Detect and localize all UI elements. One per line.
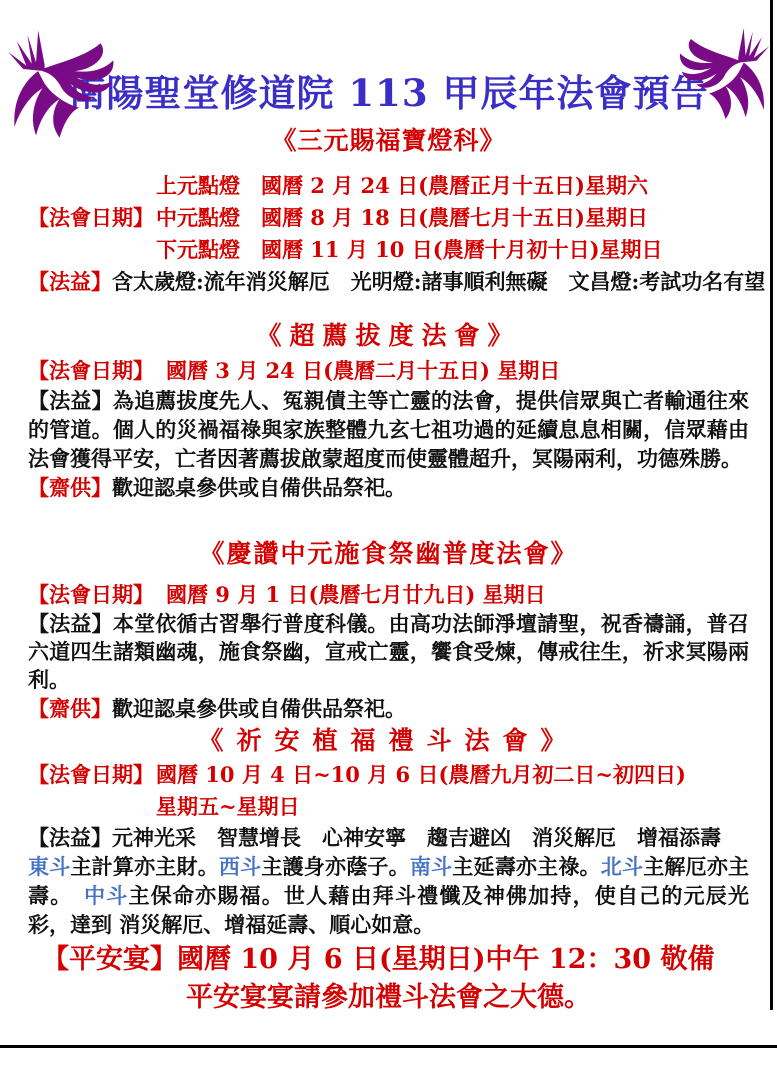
dou-center: 中斗 xyxy=(84,883,128,908)
lidou-benefit-label: 【法益】 xyxy=(28,825,112,850)
lantern-benefit-text: 含太歲燈:流年消災解厄 光明燈:諸事順利無礙 文昌燈:考試功名有望 xyxy=(112,266,765,298)
zhongyuan-date-label: 【法會日期】 xyxy=(28,582,154,607)
label-spacer xyxy=(28,170,156,202)
salvation-benefit-text: 為追薦拔度先人、冤親債主等亡靈的法會，提供信眾與亡者輸通往來的管道。個人的災禍福… xyxy=(28,388,749,471)
lantern-date-row-xiayuan: 下元點燈 國曆 11 月 10 日(農曆十月初十日)星期日 xyxy=(28,234,749,266)
section-zhongyuan-header: 《慶讚中元施食祭幽普度法會》 xyxy=(28,536,749,572)
flyer-page: 南陽聖堂修道院 113 甲辰年法會預告 《三元賜福寶燈科》 上元點燈 國曆 2 … xyxy=(0,0,777,1069)
zhongyuan-date-line: 【法會日期】國曆 9 月 1 日(農曆七月廿九日) 星期日 xyxy=(28,580,749,610)
zhongyuan-benefit-label: 【法益】 xyxy=(28,611,113,636)
flyer-content: 南陽聖堂修道院 113 甲辰年法會預告 《三元賜福寶燈科》 上元點燈 國曆 2 … xyxy=(0,70,777,1017)
salvation-date-line: 【法會日期】國曆 3 月 24 日(農曆二月十五日) 星期日 xyxy=(28,356,749,386)
dou-west-text: 主護身亦蔭子。 xyxy=(261,854,409,879)
lidou-date-label: 【法會日期】 xyxy=(28,759,156,791)
lantern-date-zhongyuan: 中元點燈 國曆 8 月 18 日(農曆七月十五日)星期日 xyxy=(156,202,648,234)
lantern-date-shangyuan: 上元點燈 國曆 2 月 24 日(農曆正月十五日)星期六 xyxy=(156,170,648,202)
lidou-dou-paragraph: 東斗主計算亦主財。西斗主護身亦蔭子。南斗主延壽亦主祿。北斗主解厄亦主壽。 中斗主… xyxy=(28,852,749,939)
salvation-offering-label: 【齋供】 xyxy=(28,475,112,500)
dou-east: 東斗 xyxy=(28,854,70,879)
floral-flourish-right-icon xyxy=(671,26,771,121)
scan-edge-right xyxy=(770,0,773,1010)
zhongyuan-benefit-text: 本堂依循古習舉行普度科儀。由高功法師淨壇請聖，祝香禱誦，普召六道四生諸類幽魂，施… xyxy=(28,611,749,692)
lantern-date-row-shangyuan: 上元點燈 國曆 2 月 24 日(農曆正月十五日)星期六 xyxy=(28,170,749,202)
banquet-line1-text: 國曆 10 月 6 日(星期日)中午 12：30 敬備 xyxy=(177,944,714,975)
salvation-date: 國曆 3 月 24 日(農曆二月十五日) 星期日 xyxy=(166,358,560,383)
zhongyuan-offering-line: 【齋供】歡迎認桌參供或自備供品祭祀。 xyxy=(28,694,749,723)
lantern-benefit-label: 【法益】 xyxy=(28,266,112,298)
zhongyuan-benefit-paragraph: 【法益】本堂依循古習舉行普度科儀。由高功法師淨壇請聖，祝香禱誦，普召六道四生諸類… xyxy=(28,610,749,694)
section-salvation-header: 《超薦拔度法會》 xyxy=(28,318,749,354)
dou-south-text: 主延壽亦主祿。 xyxy=(452,854,600,879)
dou-center-text: 主保命亦賜福。世人藉由拜斗禮懺及神佛加持，使自己的元辰光彩，達到 消災解厄、增福… xyxy=(28,883,749,937)
salvation-benefit-paragraph: 【法益】為追薦拔度先人、冤親債主等亡靈的法會，提供信眾與亡者輸通往來的管道。個人… xyxy=(28,386,749,473)
salvation-date-label: 【法會日期】 xyxy=(28,358,154,383)
label-spacer xyxy=(28,791,156,823)
dou-north: 北斗 xyxy=(601,854,643,879)
page-title: 南陽聖堂修道院 113 甲辰年法會預告 xyxy=(28,70,749,116)
lidou-date: 國曆 10 月 4 日~10 月 6 日(農曆九月初二日~初四日) xyxy=(156,759,686,791)
zhongyuan-offering-text: 歡迎認桌參供或自備供品祭祀。 xyxy=(112,696,406,721)
lantern-dates-block: 上元點燈 國曆 2 月 24 日(農曆正月十五日)星期六 【法會日期】中元點燈 … xyxy=(28,170,749,266)
lidou-dates-block: 【法會日期】國曆 10 月 4 日~10 月 6 日(農曆九月初二日~初四日) … xyxy=(28,759,749,823)
banquet-block: 【平安宴】國曆 10 月 6 日(星期日)中午 12：30 敬備 平安宴宴請參加… xyxy=(28,941,749,1017)
banquet-line1: 【平安宴】國曆 10 月 6 日(星期日)中午 12：30 敬備 xyxy=(28,941,749,979)
dou-east-text: 主計算亦主財。 xyxy=(70,854,218,879)
lantern-date-label: 【法會日期】 xyxy=(28,202,156,234)
zhongyuan-offering-label: 【齋供】 xyxy=(28,696,112,721)
lidou-benefit-line: 【法益】元神光采 智慧增長 心神安寧 趨吉避凶 消災解厄 增福添壽 xyxy=(28,823,749,852)
lantern-benefit-line: 【法益】含太歲燈:流年消災解厄 光明燈:諸事順利無礙 文昌燈:考試功名有望 xyxy=(28,266,749,298)
lidou-benefit-text: 元神光采 智慧增長 心神安寧 趨吉避凶 消災解厄 增福添壽 xyxy=(112,825,721,850)
section-lidou-header: 《祈安植福禮斗法會》 xyxy=(28,723,749,759)
section-lantern-header: 《三元賜福寶燈科》 xyxy=(28,124,749,158)
dou-west: 西斗 xyxy=(219,854,261,879)
zhongyuan-date: 國曆 9 月 1 日(農曆七月廿九日) 星期日 xyxy=(166,582,546,607)
floral-flourish-left-icon xyxy=(6,28,124,140)
banquet-label: 【平安宴】 xyxy=(42,944,177,975)
salvation-offering-text: 歡迎認桌參供或自備供品祭祀。 xyxy=(112,475,406,500)
banquet-line2: 平安宴宴請參加禮斗法會之大德。 xyxy=(28,979,749,1017)
lidou-date-row-1: 【法會日期】國曆 10 月 4 日~10 月 6 日(農曆九月初二日~初四日) xyxy=(28,759,749,791)
salvation-benefit-label: 【法益】 xyxy=(28,388,113,413)
label-spacer xyxy=(28,234,156,266)
lidou-date-weekdays: 星期五~星期日 xyxy=(156,791,300,823)
lantern-date-xiayuan: 下元點燈 國曆 11 月 10 日(農曆十月初十日)星期日 xyxy=(156,234,663,266)
salvation-offering-line: 【齋供】歡迎認桌參供或自備供品祭祀。 xyxy=(28,473,749,502)
lidou-date-row-2: 星期五~星期日 xyxy=(28,791,749,823)
lantern-date-row-zhongyuan: 【法會日期】中元點燈 國曆 8 月 18 日(農曆七月十五日)星期日 xyxy=(28,202,749,234)
scan-edge-bottom xyxy=(0,1045,777,1048)
dou-south: 南斗 xyxy=(410,854,452,879)
